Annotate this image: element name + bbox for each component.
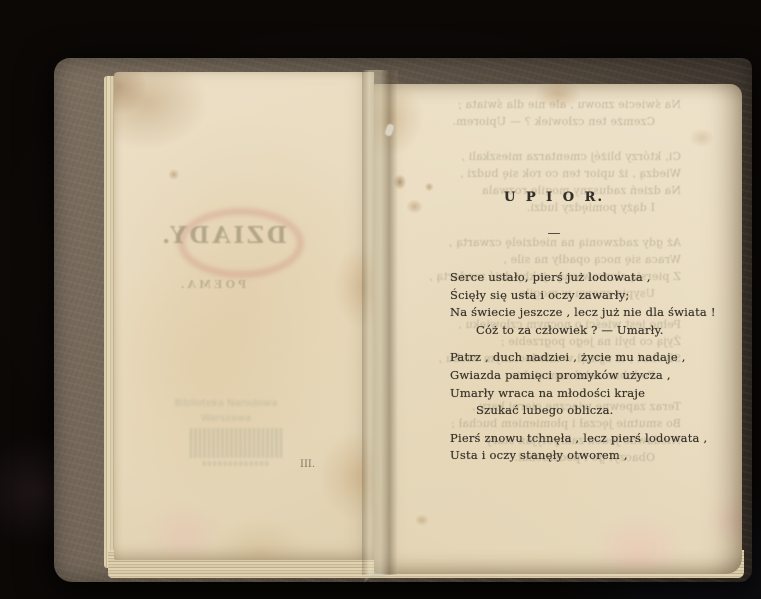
poem-text: Serce ustało, pierś już lodowata ,Ścięły… [450,269,720,475]
stanza: Serce ustało, pierś już lodowata ,Ścięły… [450,269,720,339]
poem-line: Na świecie jeszcze , lecz już nie dla św… [450,304,720,322]
ghost-barcode-digits: 0000000000000 [184,460,288,468]
poem-line: Wiedzą , iż upior ten co rok się budzi , [445,165,681,182]
stanza: Pierś znowu tchnęła , lecz pierś lodowat… [450,430,720,465]
poem-line: Cóż to za człowiek ? — Umarły. [450,322,720,340]
section-divider-icon: — [404,226,704,241]
photo-open-book: DZIADY. POEMA. Biblioteka Narodowa Warsz… [0,0,761,599]
stanza: Na świecie znowu , ale nie dla świata ;C… [445,96,681,130]
poem-line: Ci, którzy bliżéj cmentarza mieszkali , [445,148,681,165]
book-gutter [362,70,398,575]
ghost-barcode [190,428,282,458]
poem-line: Szukać lubego oblicza. [450,402,720,420]
signature-mark: III. [300,459,315,470]
poem-line: Patrz , duch nadziei , życie mu nadaje , [450,349,720,367]
poem-line: Pierś znowu tchnęła , lecz pierś lodowat… [450,430,720,448]
poem-line: Umarły wraca na młodości kraje [450,385,720,403]
ghost-subtitle-poema: POEMA. [162,278,262,291]
poem-line: Usta i oczy stanęły otworem , [450,447,720,465]
stanza: Patrz , duch nadziei , życie mu nadaje ,… [450,349,720,419]
ghost-title-dziady: DZIADY. [148,222,298,249]
poem-line: Na świecie znowu , ale nie dla świata ; [445,96,681,113]
left-page: DZIADY. POEMA. Biblioteka Narodowa Warsz… [114,72,374,560]
poem-line: Serce ustało, pierś już lodowata , [450,269,720,287]
poem-line: Wraca się nocą opadły na sile , [445,251,681,268]
poem-title: U P I O R. [404,190,704,205]
poem-line: Czemże ten człowiek ? — Upiorem. [445,113,681,130]
stanza: Ci, którzy bliżéj cmentarza mieszkali ,W… [445,148,681,216]
ghost-library-line2: Warszawa [164,411,288,426]
ghost-library-line1: Biblioteka Narodowa [164,396,288,411]
right-page: Na świecie znowu , ale nie dla świata ;C… [374,84,742,574]
poem-line: Ścięły się usta i oczy zawarły; [450,287,720,305]
ghost-library-stamp-text: Biblioteka Narodowa Warszawa [164,396,288,426]
poem-line: Gwiazda pamięci promyków użycza , [450,367,720,385]
